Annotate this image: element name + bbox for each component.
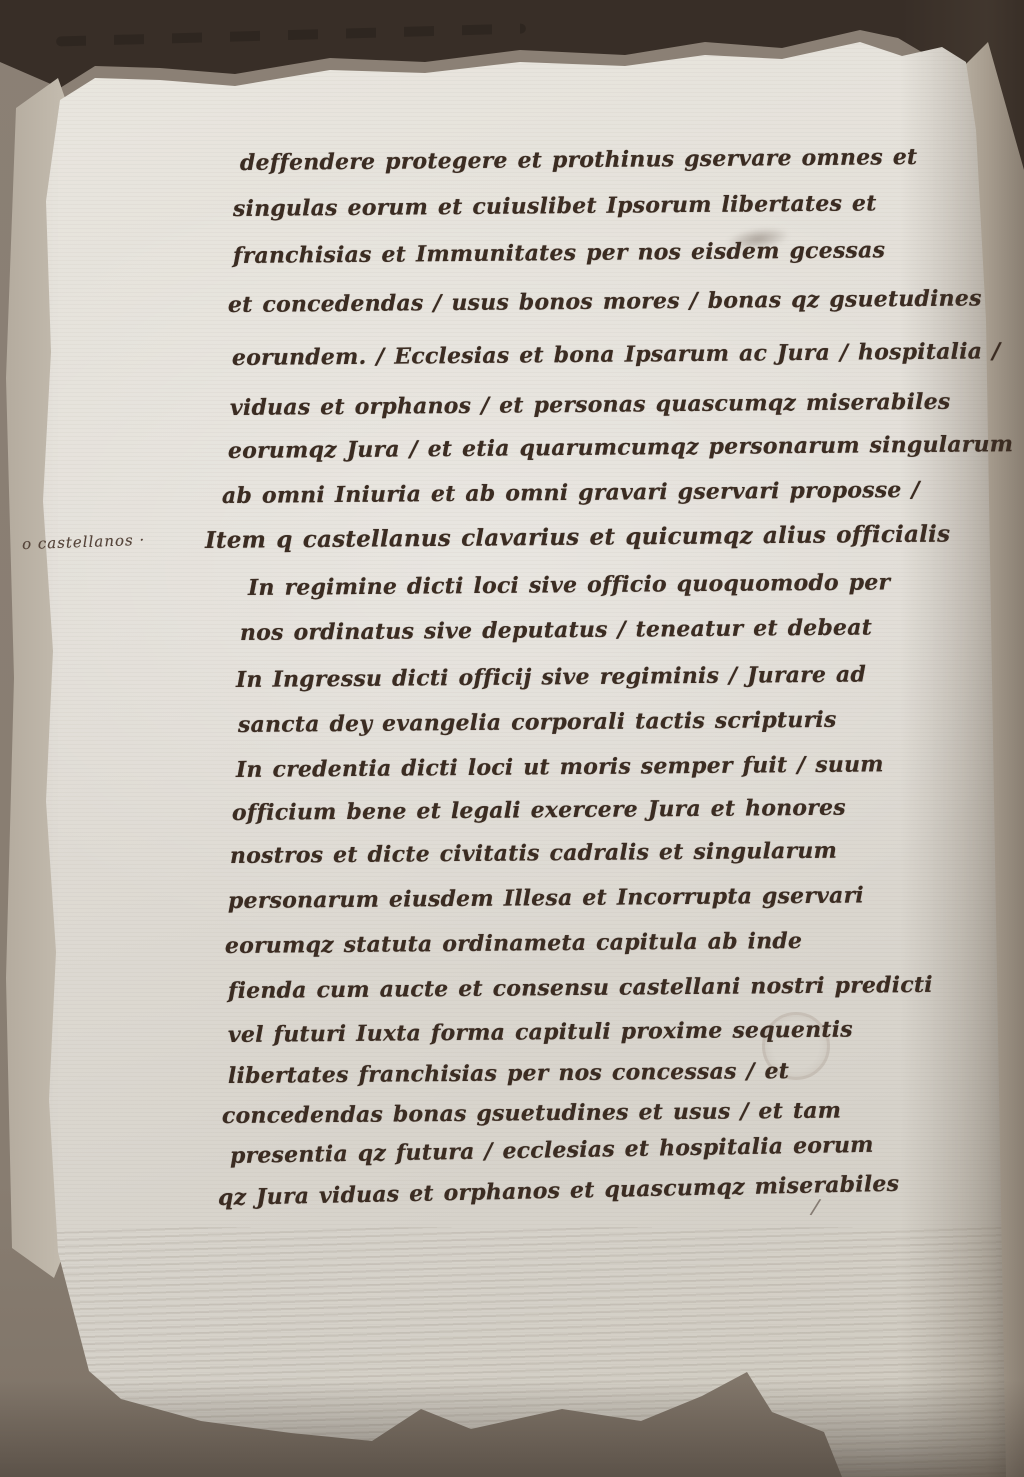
text-line: presentia qz futura / ecclesias et hospi…	[230, 1132, 874, 1169]
text-line: sancta dey evangelia corporali tactis sc…	[238, 707, 837, 738]
text-line: deffendere protegere et prothinus gserva…	[240, 144, 918, 176]
text-line: In Ingressu dicti officij sive regiminis…	[236, 662, 866, 693]
manuscript-photo: deffendere protegere et prothinus gserva…	[0, 0, 1024, 1477]
text-line: In regimine dicti loci sive officio quoq…	[248, 569, 890, 601]
text-line: Item q castellanus clavarius et quicumqz…	[205, 520, 950, 554]
text-line: personarum eiusdem Illesa et Incorrupta …	[228, 882, 864, 914]
text-line: In credentia dicti loci ut moris semper …	[236, 751, 884, 783]
text-line: libertates franchisias per nos concessas…	[228, 1058, 789, 1089]
text-line: nos ordinatus sive deputatus / teneatur …	[240, 614, 872, 646]
text-line: nostros et dicte civitatis cadralis et s…	[230, 838, 837, 869]
handwritten-text-block: deffendere protegere et prothinus gserva…	[0, 0, 1024, 1477]
text-line: et concedendas / usus bonos mores / bona…	[228, 285, 982, 318]
text-line: viduas et orphanos / et personas quascum…	[230, 389, 951, 421]
text-line: officium bene et legali exercere Jura et…	[232, 795, 846, 826]
text-line: eorundem. / Ecclesias et bona Ipsarum ac…	[232, 338, 1000, 371]
text-line: concedendas bonas gsuetudines et usus / …	[222, 1098, 841, 1129]
text-line: franchisias et Immunitates per nos eisde…	[233, 237, 885, 269]
text-line: fienda cum aucte et consensu castellani …	[228, 972, 933, 1004]
text-line: singulas eorum et cuiuslibet Ipsorum lib…	[233, 190, 877, 222]
text-line: vel futuri Iuxta forma capituli proxime …	[228, 1017, 853, 1048]
text-line: qz Jura viduas et orphanos et quascumqz …	[218, 1171, 900, 1211]
text-line: eorumqz statuta ordinameta capitula ab i…	[225, 928, 802, 959]
text-line: eorumqz Jura / et etia quarumcumqz perso…	[228, 431, 1013, 464]
text-line: ab omni Iniuria et ab omni gravari gserv…	[222, 477, 920, 509]
